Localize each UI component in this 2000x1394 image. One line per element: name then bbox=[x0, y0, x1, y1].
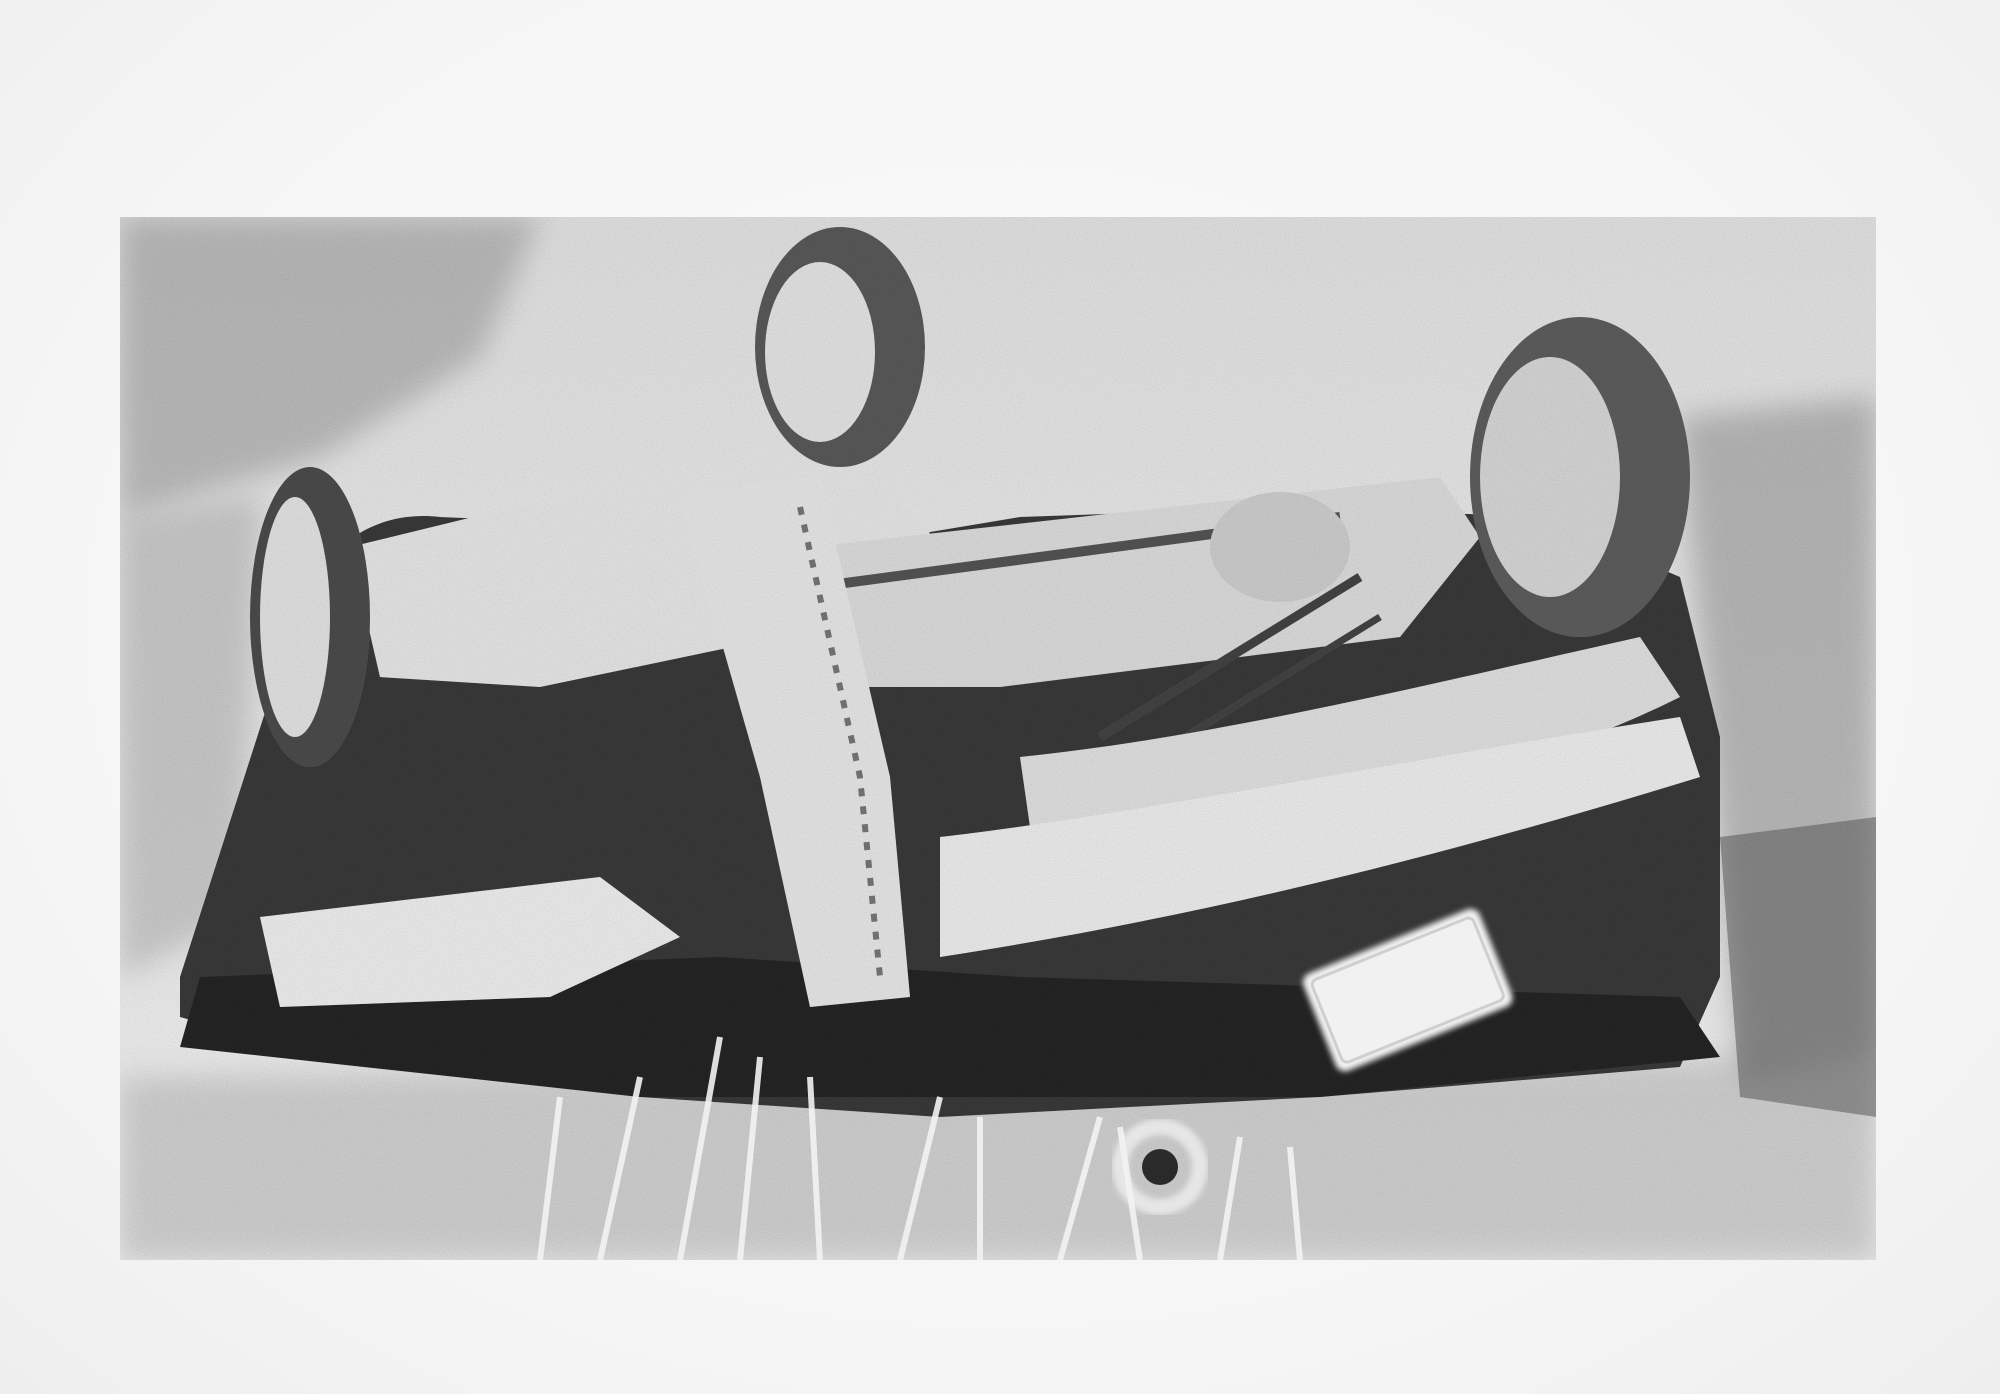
rear-wheel-right bbox=[1470, 317, 1690, 637]
accident-photo: Overturned car lying upside down in gras… bbox=[120, 217, 1876, 1260]
photocopy-page: Overturned car lying upside down in gras… bbox=[0, 0, 2000, 1394]
front-wheel-left bbox=[250, 467, 370, 767]
grass-dark-tufts bbox=[1720, 817, 1876, 1117]
rear-wheel-left bbox=[755, 227, 925, 467]
